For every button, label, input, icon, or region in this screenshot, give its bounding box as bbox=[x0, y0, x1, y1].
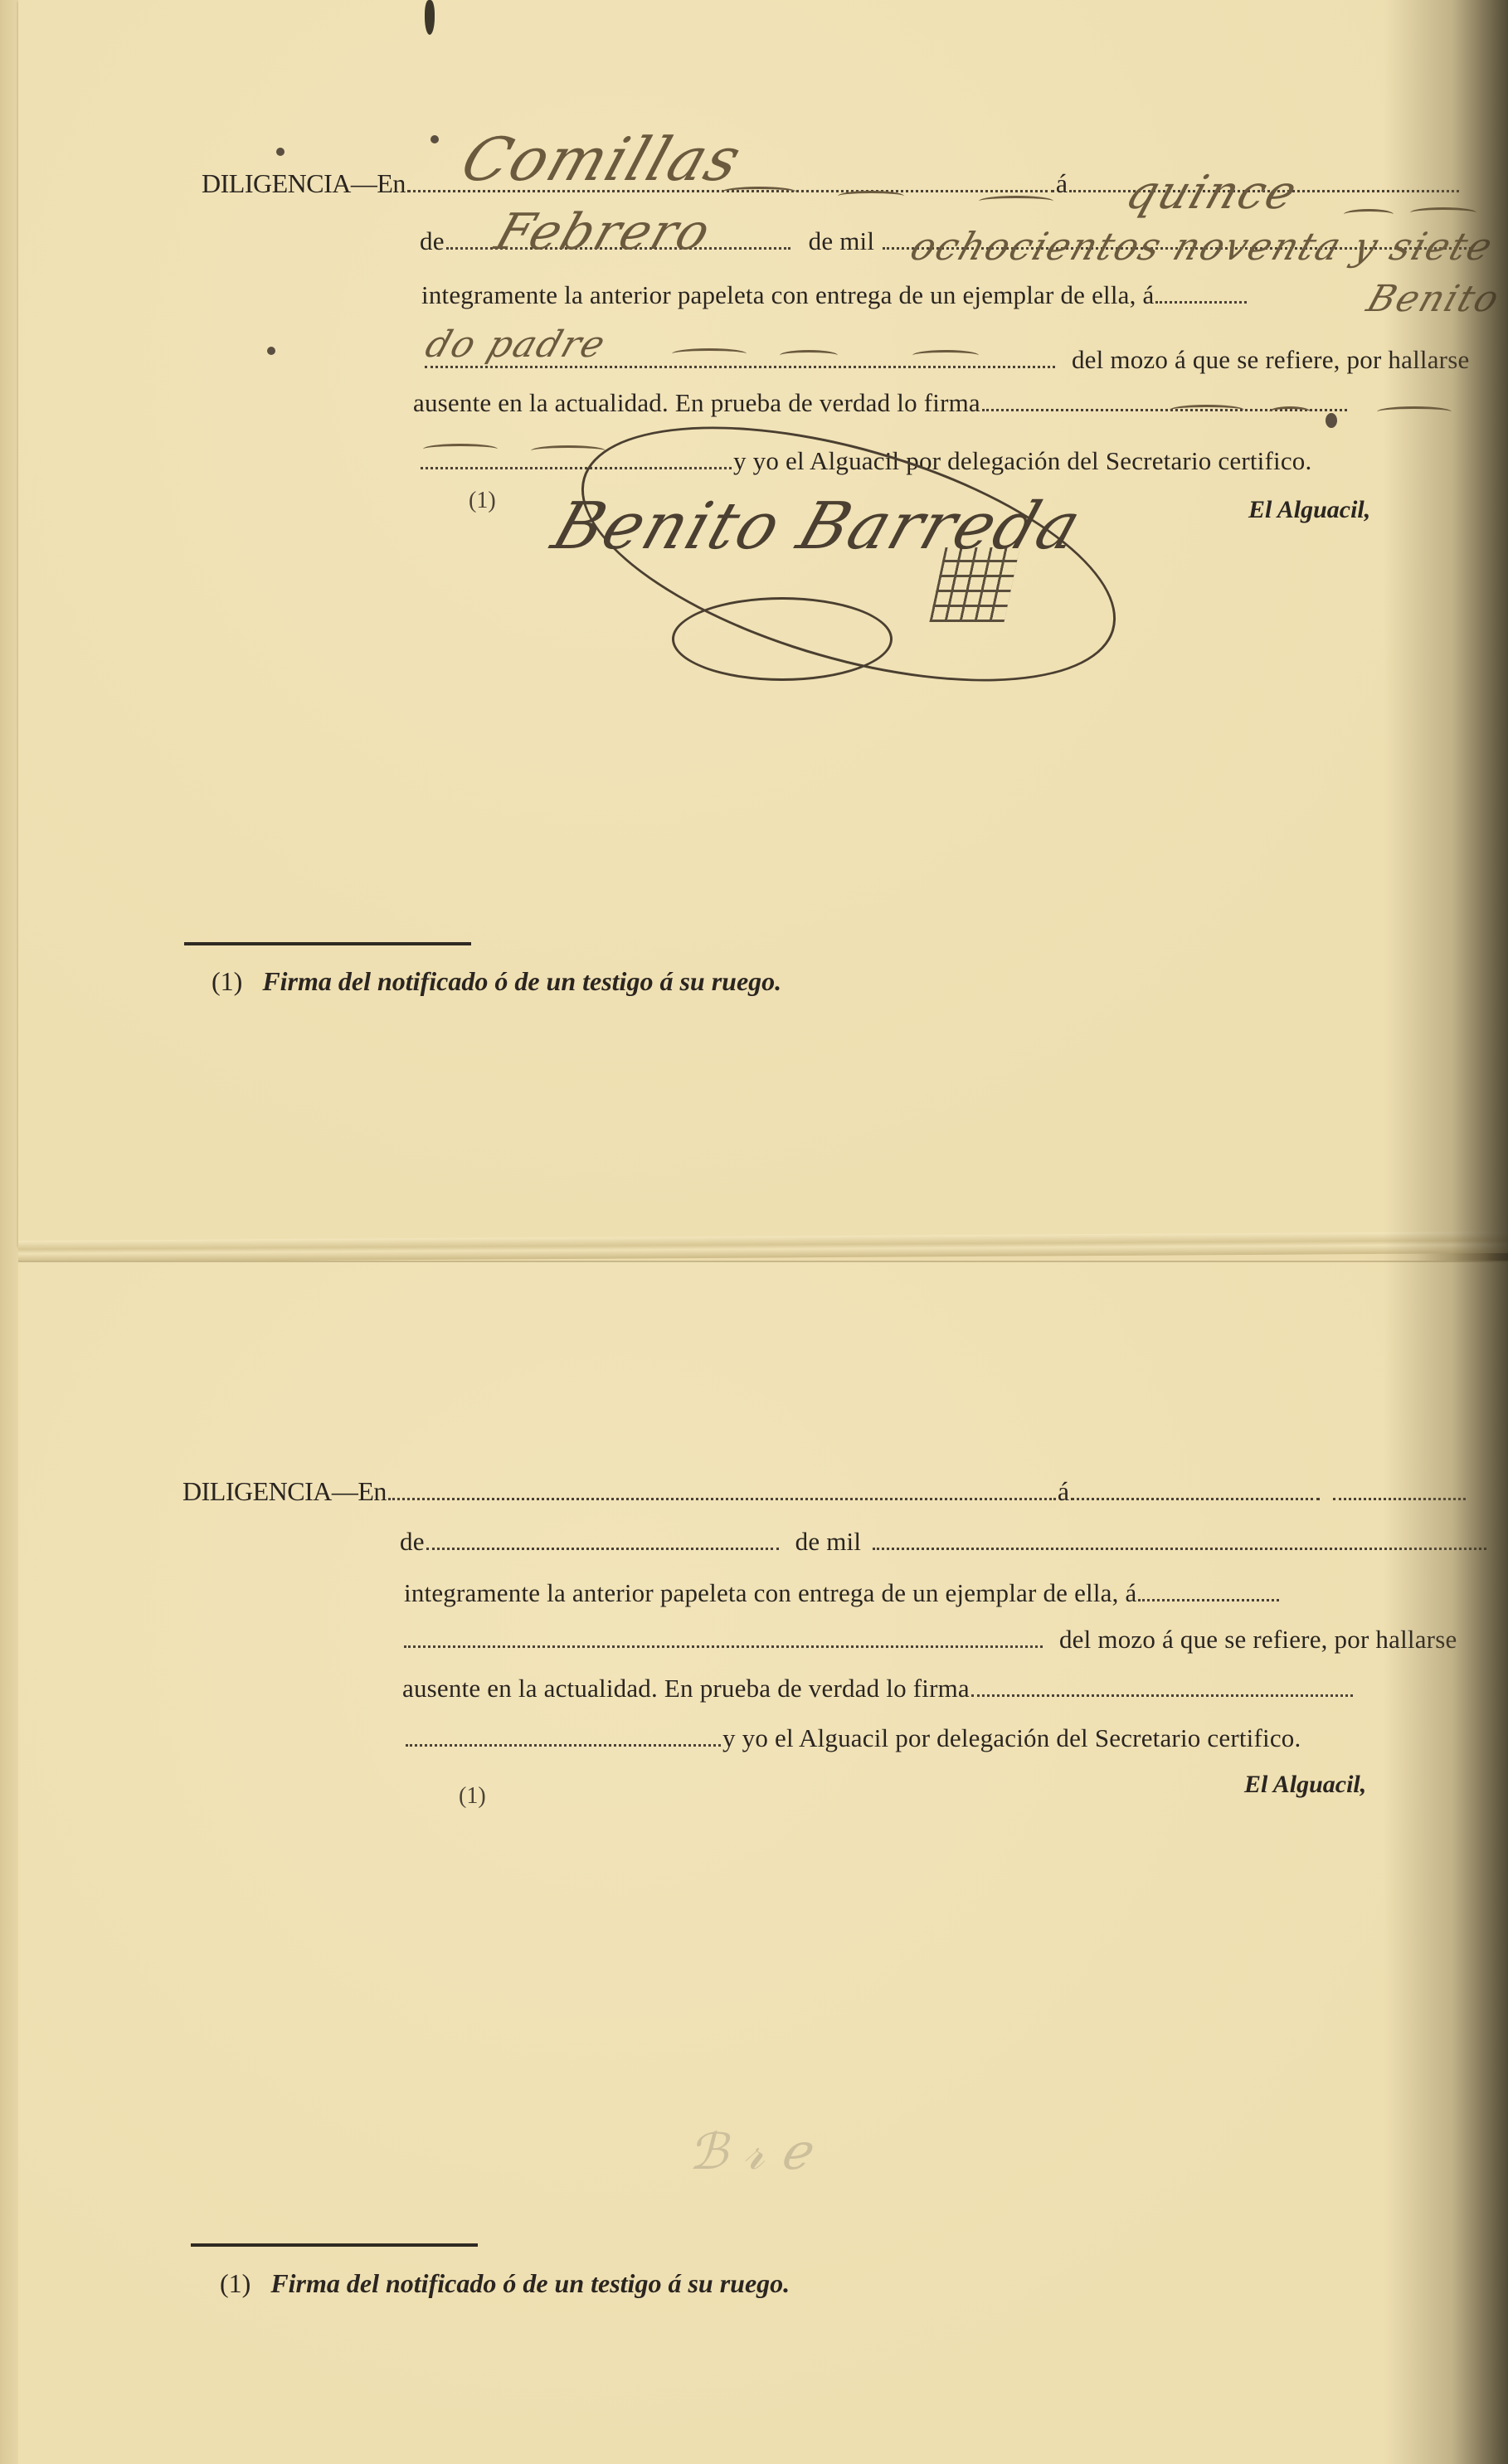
signer-title: El Alguacil, bbox=[1248, 496, 1370, 524]
handwritten-flourish bbox=[780, 350, 838, 361]
footnote-marker: (1) bbox=[220, 2268, 251, 2298]
handwritten-flourish bbox=[722, 187, 796, 197]
fill-line-signer bbox=[971, 1693, 1353, 1697]
pin-mark bbox=[425, 0, 435, 35]
ink-spot bbox=[431, 135, 439, 143]
handwritten-relation: do padre bbox=[421, 323, 612, 366]
fill-line-recipient bbox=[1138, 1597, 1279, 1601]
label-de-mil: de mil bbox=[809, 226, 875, 255]
handwritten-flourish bbox=[979, 196, 1053, 207]
handwritten-flourish bbox=[1170, 405, 1244, 416]
footnote-marker: (1) bbox=[212, 966, 242, 996]
signature-rubric-mark bbox=[929, 547, 1019, 622]
label-de: de bbox=[420, 226, 445, 255]
handwritten-flourish bbox=[672, 348, 747, 359]
ink-spot bbox=[276, 148, 285, 156]
footnote: (1)Firma del notificado ó de un testigo … bbox=[212, 966, 781, 997]
handwritten-month: Febrero bbox=[489, 203, 719, 261]
diligencia-line-5-blank: ausente en la actualidad. En prueba de v… bbox=[402, 1675, 1355, 1701]
signer-title: El Alguacil, bbox=[1244, 1771, 1366, 1799]
line-4-text: del mozo á que se refiere, por hallarse bbox=[1072, 345, 1469, 374]
fill-line-day bbox=[1071, 1496, 1320, 1500]
fill-line-signer-cont bbox=[406, 1742, 721, 1747]
handwritten-flourish bbox=[531, 445, 606, 456]
handwritten-day: quince bbox=[1119, 166, 1305, 220]
fill-line-recipient bbox=[1155, 299, 1247, 304]
line-5-text: ausente en la actualidad. En prueba de v… bbox=[413, 388, 980, 417]
handwritten-place: Comillas bbox=[453, 124, 751, 194]
diligencia-line-3: integramente la anterior papeleta con en… bbox=[421, 282, 1248, 308]
footnote-text: Firma del notificado ó de un testigo á s… bbox=[262, 966, 781, 996]
handwritten-flourish bbox=[912, 350, 979, 361]
diligencia-heading: DILIGENCIA—En bbox=[182, 1476, 387, 1506]
diligencia-line-4-blank: del mozo á que se refiere, por hallarse bbox=[402, 1626, 1457, 1652]
footnote-rule bbox=[184, 942, 471, 945]
footnote-text: Firma del notificado ó de un testigo á s… bbox=[270, 2268, 790, 2298]
diligencia-line-1-blank: DILIGENCIA—Ená bbox=[182, 1478, 1467, 1504]
ink-spot bbox=[267, 347, 275, 355]
label-a: á bbox=[1058, 1476, 1069, 1506]
label-de: de bbox=[400, 1527, 425, 1556]
handwritten-recipient: Benito Ba bbox=[1362, 278, 1508, 320]
bleed-through-handwriting: ℬ 𝓇 ℯ bbox=[688, 2123, 810, 2181]
diligencia-heading: DILIGENCIA—En bbox=[202, 168, 406, 198]
footnote-rule bbox=[191, 2243, 478, 2247]
fill-line-year bbox=[873, 1546, 1486, 1550]
footnote: (1)Firma del notificado ó de un testigo … bbox=[220, 2268, 790, 2299]
handwritten-flourish bbox=[1410, 207, 1476, 218]
handwritten-year: ochocientos noventa y siete bbox=[905, 224, 1500, 269]
fill-line-day-cont bbox=[1333, 1496, 1466, 1500]
line-3-text: integramente la anterior papeleta con en… bbox=[404, 1578, 1136, 1607]
fill-line-relation bbox=[404, 1644, 1043, 1648]
line-3-text: integramente la anterior papeleta con en… bbox=[421, 280, 1154, 309]
handwritten-flourish bbox=[838, 191, 904, 202]
line-6-text: y yo el Alguacil por delegación del Secr… bbox=[722, 1723, 1301, 1752]
signature-marker: (1) bbox=[459, 1783, 486, 1810]
handwritten-flourish bbox=[1344, 209, 1394, 220]
diligencia-line-6-blank: y yo el Alguacil por delegación del Secr… bbox=[404, 1725, 1301, 1751]
handwritten-flourish bbox=[423, 444, 498, 454]
fill-line-month bbox=[426, 1546, 779, 1550]
label-de-mil: de mil bbox=[795, 1527, 862, 1556]
handwritten-flourish bbox=[1377, 406, 1452, 417]
diligencia-line-3-blank: integramente la anterior papeleta con en… bbox=[404, 1580, 1281, 1606]
fill-line-place bbox=[388, 1496, 1056, 1500]
handwritten-flourish bbox=[1269, 406, 1311, 417]
label-a: á bbox=[1056, 168, 1068, 198]
ink-blot bbox=[1326, 413, 1337, 428]
signature-marker: (1) bbox=[469, 488, 496, 514]
line-5-text: ausente en la actualidad. En prueba de v… bbox=[402, 1674, 970, 1703]
signature-flourish-loop bbox=[672, 597, 893, 681]
diligencia-line-2-blank: de de mil bbox=[400, 1528, 1488, 1554]
line-4-text: del mozo á que se refiere, por hallarse bbox=[1059, 1625, 1457, 1654]
